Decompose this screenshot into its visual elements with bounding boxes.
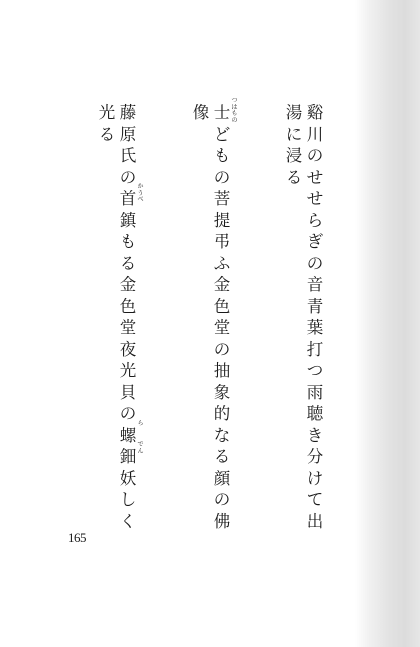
character: 堂 — [119, 317, 137, 339]
character: も — [119, 231, 137, 253]
character: に — [285, 124, 303, 146]
character: 貝 — [119, 382, 137, 404]
character: 士つはもの — [213, 102, 231, 124]
character: 音 — [306, 274, 324, 296]
character: 螺ら — [119, 425, 137, 447]
character: な — [213, 425, 231, 447]
character: 的 — [213, 403, 231, 425]
character: 雨 — [306, 382, 324, 404]
ruby-reading: かうべ — [137, 184, 144, 204]
character: 打 — [306, 339, 324, 361]
character: る — [98, 124, 116, 146]
character: る — [285, 167, 303, 189]
ruby-reading: ら — [137, 421, 144, 428]
character: 浸 — [285, 145, 303, 167]
page-number: 165 — [68, 530, 86, 546]
character: の — [306, 253, 324, 275]
character: 堂 — [213, 317, 231, 339]
character: 鈿でん — [119, 446, 137, 468]
character: る — [119, 253, 137, 275]
character: つ — [306, 360, 324, 382]
character: 谿 — [306, 102, 324, 124]
character: し — [119, 489, 137, 511]
poem-3-line-1: 藤原氏の首かうべ鎮もる金色堂夜光貝の螺ら鈿でん妖しく — [119, 102, 137, 532]
character: 葉 — [306, 317, 324, 339]
character: ふ — [213, 253, 231, 275]
character: せ — [306, 188, 324, 210]
character: の — [213, 489, 231, 511]
character: 光 — [119, 360, 137, 382]
poem-1-line-1: 谿川のせせらぎの音青葉打つ雨聴き分けて出 — [306, 102, 324, 532]
character: 分 — [306, 446, 324, 468]
character: 色 — [119, 296, 137, 318]
poem-2-line-2: 像 — [192, 102, 210, 124]
ruby-reading: つはもの — [231, 98, 238, 124]
character: も — [213, 145, 231, 167]
character: 色 — [213, 296, 231, 318]
character: 氏 — [119, 145, 137, 167]
character: の — [119, 403, 137, 425]
character: の — [213, 167, 231, 189]
character: 聴 — [306, 403, 324, 425]
character: ら — [306, 210, 324, 232]
poem-3-line-2: 光る — [98, 102, 116, 145]
character: 出 — [306, 511, 324, 533]
character: 川 — [306, 124, 324, 146]
character: の — [306, 145, 324, 167]
character: 夜 — [119, 339, 137, 361]
character: 首かうべ — [119, 188, 137, 210]
character: 湯 — [285, 102, 303, 124]
character: ぎ — [306, 231, 324, 253]
character: 青 — [306, 296, 324, 318]
character: 藤 — [119, 102, 137, 124]
character: 抽 — [213, 360, 231, 382]
character: 菩 — [213, 188, 231, 210]
character: け — [306, 468, 324, 490]
character: 金 — [213, 274, 231, 296]
character: 鎮 — [119, 210, 137, 232]
poem-2-line-1: 士つはものどもの菩提弔ふ金色堂の抽象的なる顔の佛 — [213, 102, 231, 532]
character: せ — [306, 167, 324, 189]
character: 提 — [213, 210, 231, 232]
character: 象 — [213, 382, 231, 404]
poem-1-line-2: 湯に浸る — [285, 102, 303, 188]
character: ど — [213, 124, 231, 146]
character: 妖 — [119, 468, 137, 490]
character: の — [119, 167, 137, 189]
ruby-reading: でん — [137, 442, 144, 455]
character: 光 — [98, 102, 116, 124]
character: き — [306, 425, 324, 447]
character: の — [213, 339, 231, 361]
character: 原 — [119, 124, 137, 146]
character: 金 — [119, 274, 137, 296]
character: 像 — [192, 102, 210, 124]
character: て — [306, 489, 324, 511]
character: 顔 — [213, 468, 231, 490]
book-page: 谿川のせせらぎの音青葉打つ雨聴き分けて出 湯に浸る 士つはものどもの菩提弔ふ金色… — [0, 0, 420, 647]
character: く — [119, 511, 137, 533]
character: 佛 — [213, 511, 231, 533]
character: る — [213, 446, 231, 468]
character: 弔 — [213, 231, 231, 253]
